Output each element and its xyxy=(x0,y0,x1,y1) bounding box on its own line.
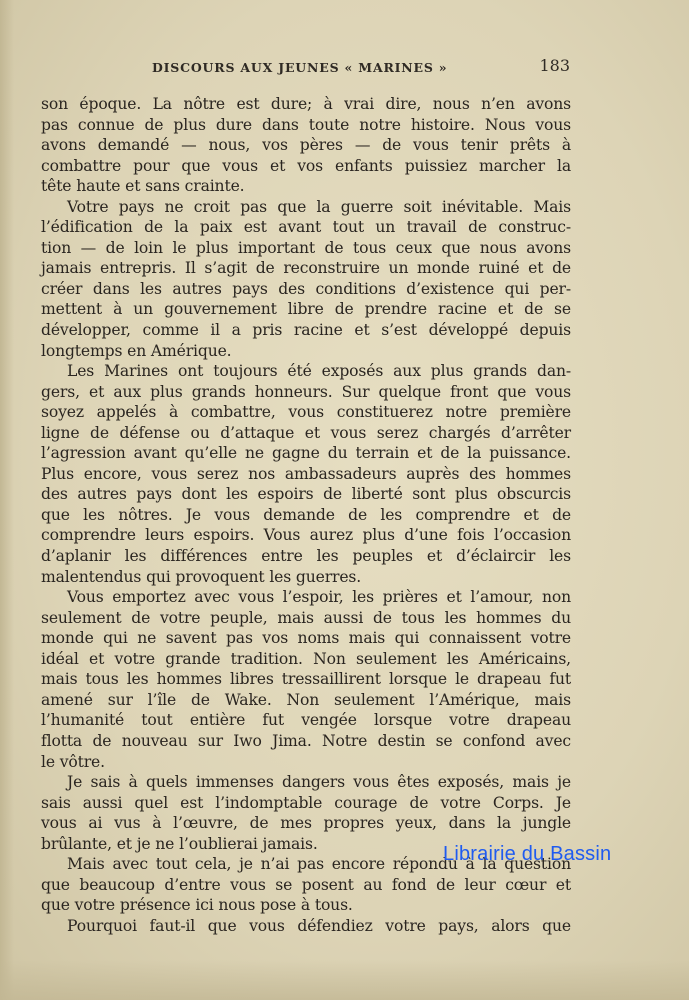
text-line: idéal et votre grande tradition. Non seu… xyxy=(41,649,571,670)
text-line: avons demandé — nous, vos pères — de vou… xyxy=(41,135,571,156)
text-line: l’agression avant qu’elle ne gagne du te… xyxy=(41,443,571,464)
text-line: tion — de loin le plus important de tous… xyxy=(41,238,571,259)
text-line: combattre pour que vous et vos enfants p… xyxy=(41,156,571,177)
text-line: l’humanité tout entière fut vengée lorsq… xyxy=(41,710,571,731)
text-line: sais aussi quel est l’indomptable courag… xyxy=(41,793,571,814)
text-line: gers, et aux plus grands honneurs. Sur q… xyxy=(41,382,571,403)
text-line: que les nôtres. Je vous demande de les c… xyxy=(41,505,571,526)
text-line: pas connue de plus dure dans toute notre… xyxy=(41,115,571,136)
text-line: vous ai vus à l’œuvre, de mes propres ye… xyxy=(41,813,571,834)
running-head: DISCOURS AUX JEUNES « MARINES » 183 xyxy=(152,56,570,78)
page-edge-shadow xyxy=(0,0,14,1000)
text-line: des autres pays dont les espoirs de libe… xyxy=(41,484,571,505)
text-line: ligne de défense ou d’attaque et vous se… xyxy=(41,423,571,444)
body-text: son époque. La nôtre est dure; à vrai di… xyxy=(41,94,571,936)
text-line: jamais entrepris. Il s’agit de reconstru… xyxy=(41,258,571,279)
text-line: d’aplanir les différences entre les peup… xyxy=(41,546,571,567)
text-line: longtemps en Amérique. xyxy=(41,341,571,362)
text-line: malentendus qui provoquent les guerres. xyxy=(41,567,571,588)
text-line: le vôtre. xyxy=(41,752,571,773)
text-line: flotta de nouveau sur Iwo Jima. Notre de… xyxy=(41,731,571,752)
text-line: que beaucoup d’entre vous se posent au f… xyxy=(41,875,571,896)
text-line: tête haute et sans crainte. xyxy=(41,176,571,197)
text-line: l’édification de la paix est avant tout … xyxy=(41,217,571,238)
text-line: mais tous les hommes libres tressaillire… xyxy=(41,669,571,690)
paragraph-start: Les Marines ont toujours été exposés aux… xyxy=(41,361,571,382)
text-line: que votre présence ici nous pose à tous. xyxy=(41,895,571,916)
page-bottom-shadow xyxy=(0,960,689,1000)
text-line: son époque. La nôtre est dure; à vrai di… xyxy=(41,94,571,115)
text-line: amené sur l’île de Wake. Non seulement l… xyxy=(41,690,571,711)
text-line: mettent à un gouvernement libre de prend… xyxy=(41,299,571,320)
running-title: DISCOURS AUX JEUNES « MARINES » xyxy=(152,60,447,75)
paragraph-start: Je sais à quels immenses dangers vous êt… xyxy=(41,772,571,793)
text-line: monde qui ne savent pas vos noms mais qu… xyxy=(41,628,571,649)
text-line: seulement de votre peuple, mais aussi de… xyxy=(41,608,571,629)
text-line: comprendre leurs espoirs. Vous aurez plu… xyxy=(41,525,571,546)
page-number: 183 xyxy=(539,56,570,75)
text-line: soyez appelés à combattre, vous constitu… xyxy=(41,402,571,423)
text-line: développer, comme il a pris racine et s’… xyxy=(41,320,571,341)
text-line: Plus encore, vous serez nos ambassadeurs… xyxy=(41,464,571,485)
paragraph-start: Votre pays ne croit pas que la guerre so… xyxy=(41,197,571,218)
watermark-text: Librairie du Bassin xyxy=(443,843,611,866)
paragraph-start: Vous emportez avec vous l’espoir, les pr… xyxy=(41,587,571,608)
paragraph-start: Pourquoi faut-il que vous défendiez votr… xyxy=(41,916,571,937)
text-line: créer dans les autres pays des condition… xyxy=(41,279,571,300)
